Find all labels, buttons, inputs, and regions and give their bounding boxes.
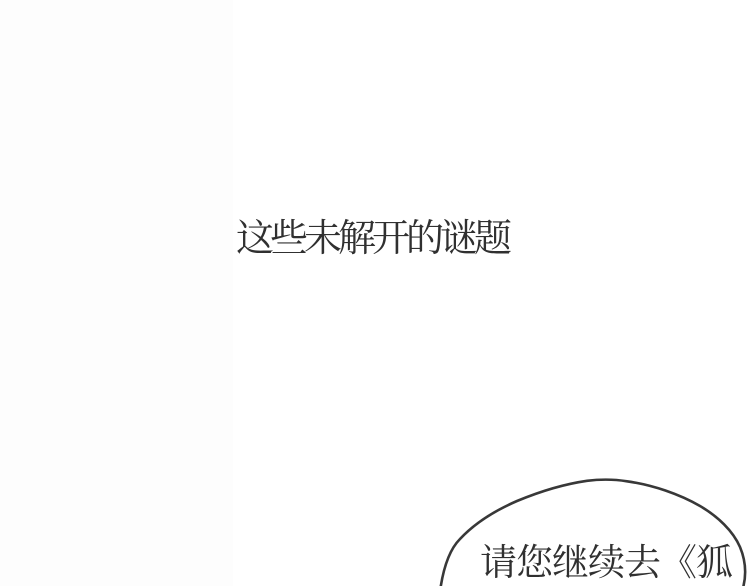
speech-bubble-outline [0,0,750,586]
speech-bubble-text: 请您继续去《狐 [480,543,732,584]
comic-page: 这些未解开的谜题 请您继续去《狐 [0,0,750,586]
